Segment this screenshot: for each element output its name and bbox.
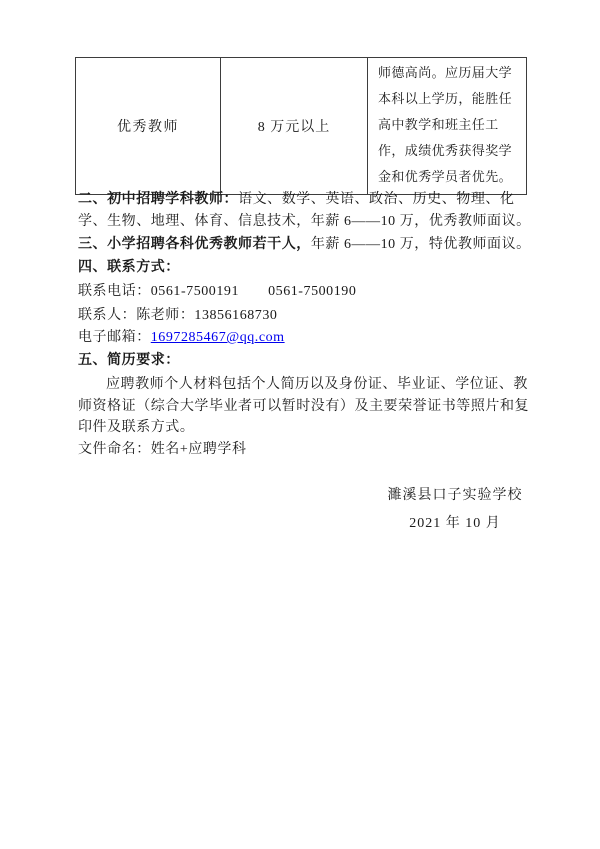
contact-email-line: 电子邮箱：1697285467@qq.com [78,327,534,349]
section-primary: 三、小学招聘各科优秀教师若干人，年薪 6——10 万，特优教师面议。 [78,234,534,256]
document-page: 优秀教师 8 万元以上 师德高尚。应历届大学本科以上学历，能胜任高中教学和班主任… [0,0,600,849]
salary-table: 优秀教师 8 万元以上 师德高尚。应历届大学本科以上学历，能胜任高中教学和班主任… [75,57,527,195]
position-cell: 优秀教师 [76,58,221,195]
table-row: 优秀教师 8 万元以上 师德高尚。应历届大学本科以上学历，能胜任高中教学和班主任… [76,58,527,195]
signature-date: 2021 年 10 月 [375,514,535,534]
contact-person-line: 联系人：陈老师：13856168730 [78,305,534,327]
signature-block: 濉溪县口子实验学校 2021 年 10 月 [375,486,535,534]
requirements-cell: 师德高尚。应历届大学本科以上学历，能胜任高中教学和班主任工作，成绩优秀获得奖学金… [368,58,527,195]
contact-phone-line: 联系电话：0561-7500191 0561-7500190 [78,281,534,303]
signature-school: 濉溪县口子实验学校 [375,486,535,506]
section-junior-high-heading: 二、初中招聘学科教师： [78,192,238,207]
email-link[interactable]: 1697285467@qq.com [151,330,285,345]
section-junior-high: 二、初中招聘学科教师：语文、数学、英语、政治、历史、物理、化学、生物、地理、体育… [78,189,534,232]
email-label: 电子邮箱： [78,330,151,345]
section-resume-heading: 五、简历要求： [78,350,534,372]
salary-cell: 8 万元以上 [221,58,368,195]
file-naming-note: 文件命名：姓名+应聘学科 [78,439,534,461]
section-primary-heading: 三、小学招聘各科优秀教师若干人， [78,237,311,252]
section-contact-heading: 四、联系方式： [78,257,534,279]
section-primary-body: 年薪 6——10 万，特优教师面议。 [311,237,531,252]
resume-requirements-paragraph: 应聘教师个人材料包括个人简历以及身份证、毕业证、学位证、教师资格证（综合大学毕业… [78,374,534,439]
